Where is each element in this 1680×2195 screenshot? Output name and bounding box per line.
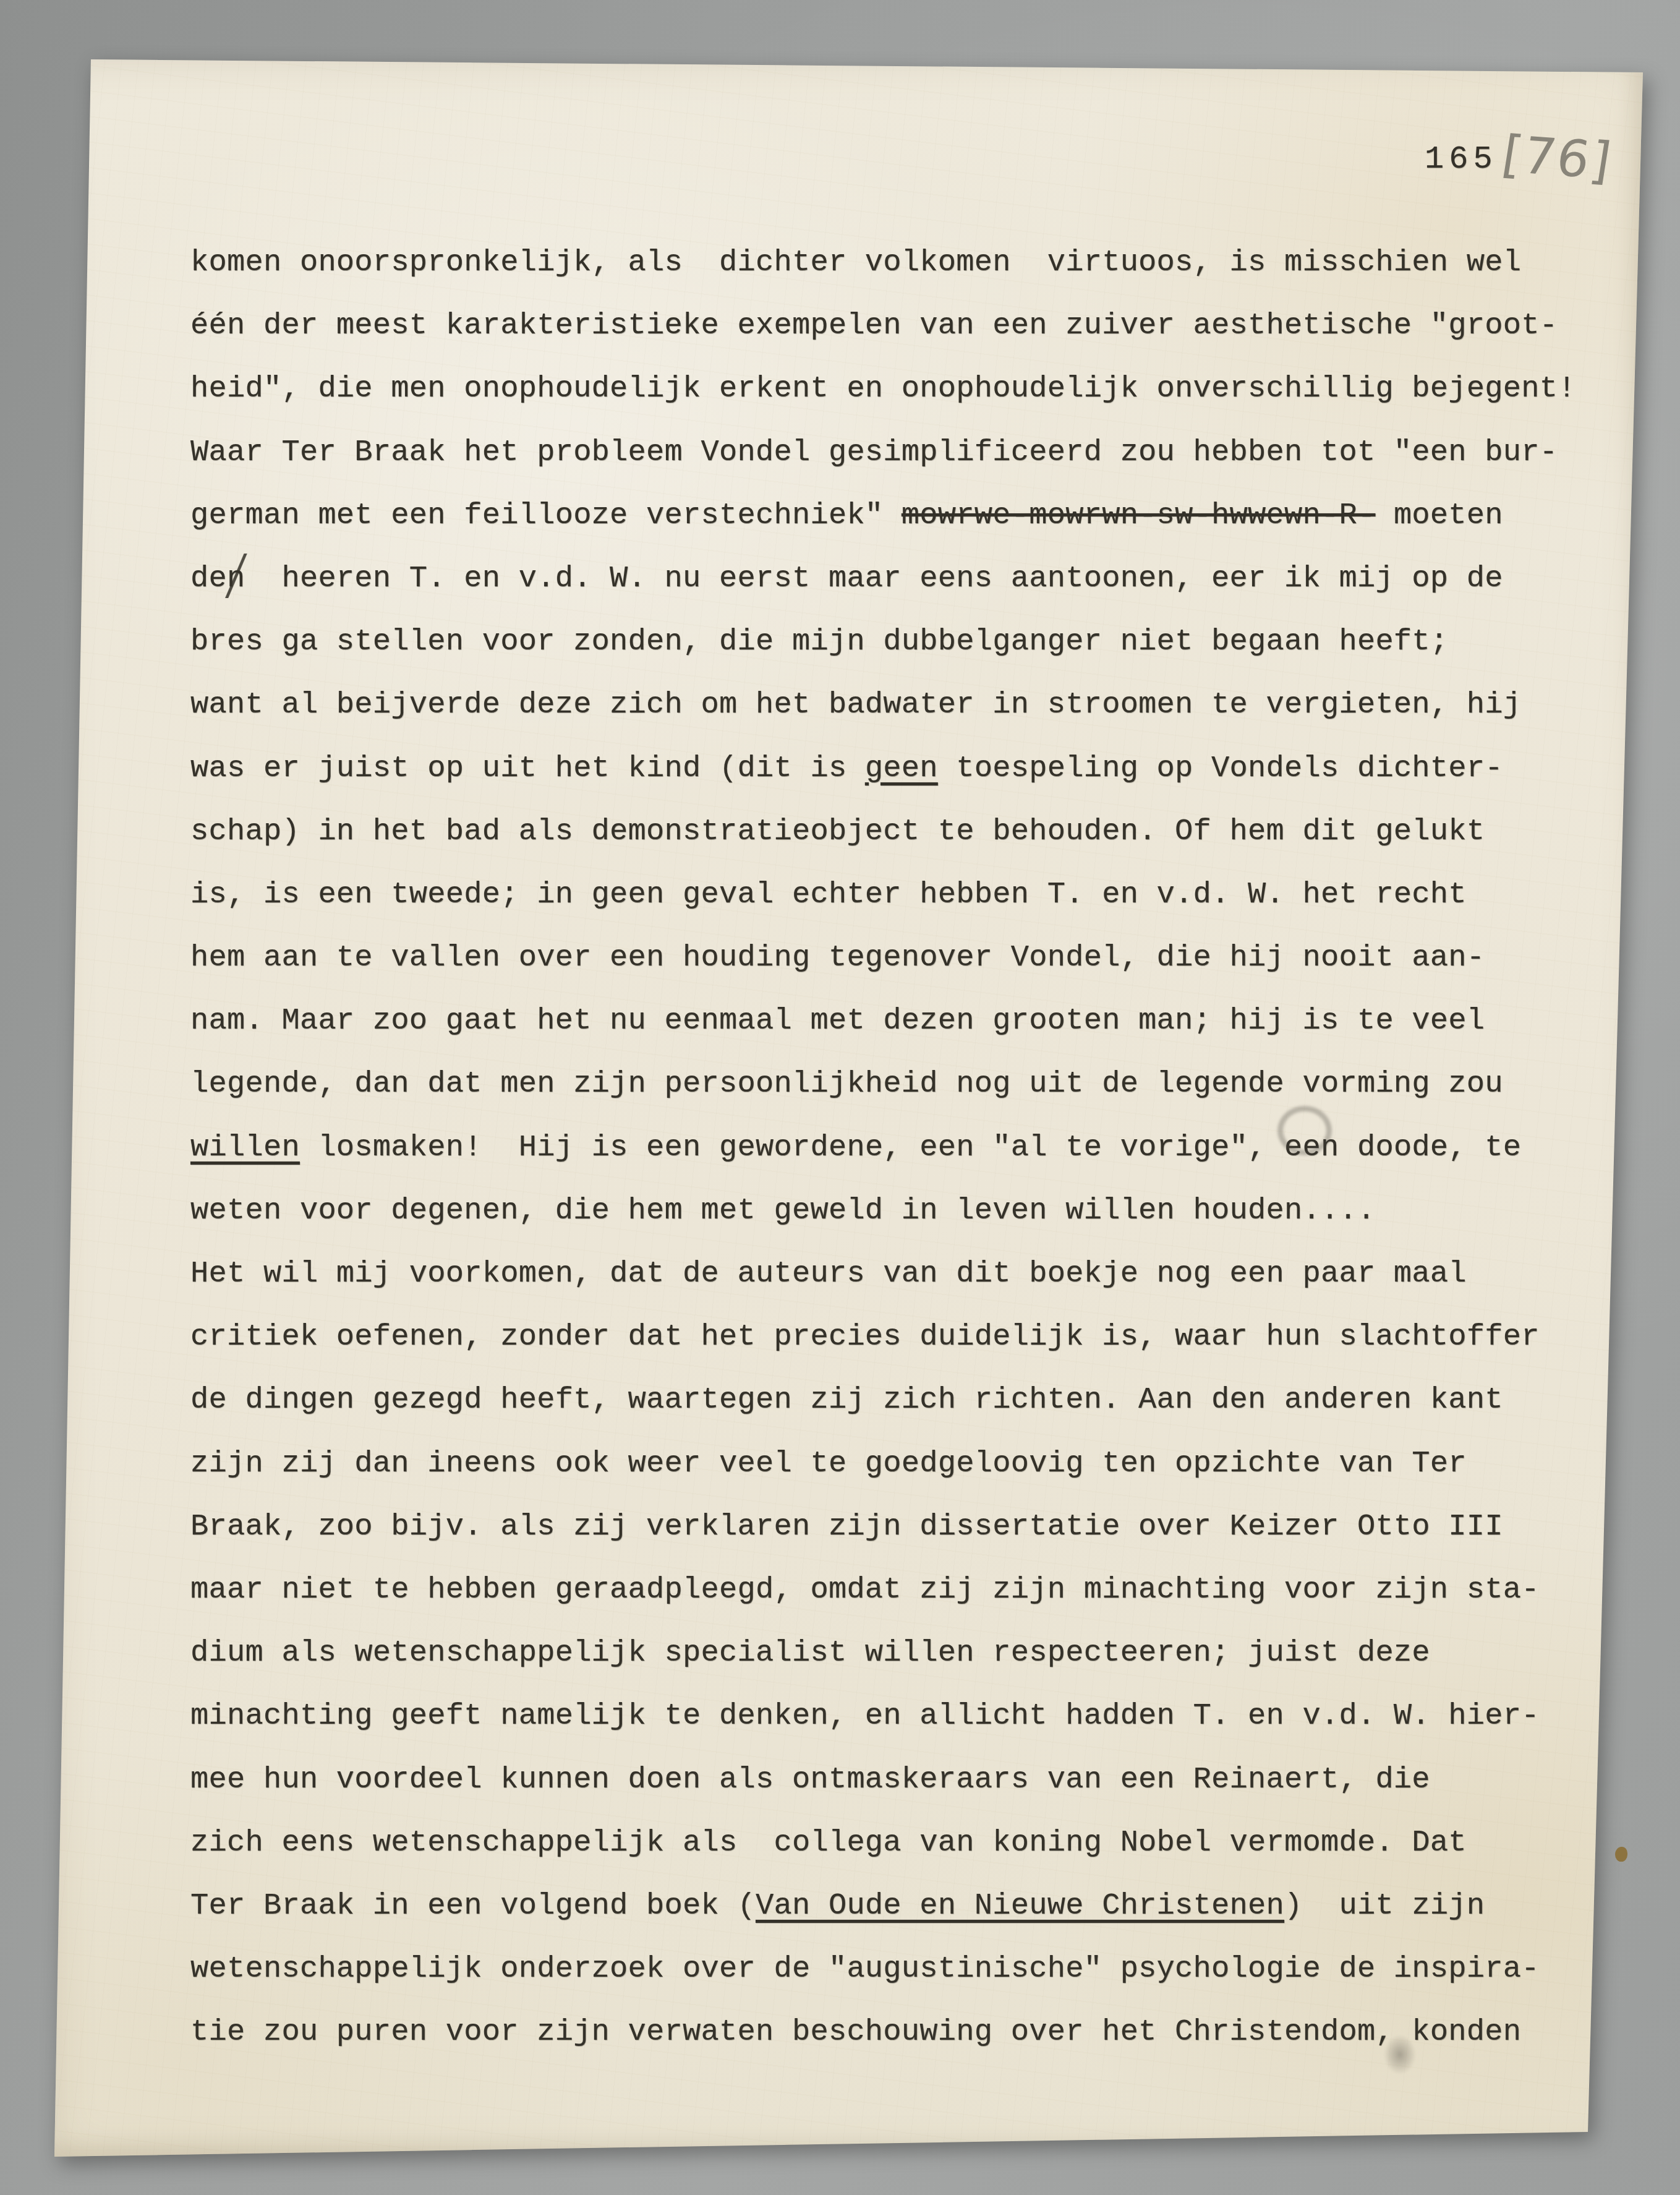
typewritten-line: nam. Maar zoo gaat het nu eenmaal met de…: [190, 1003, 1588, 1066]
page-number-typed: 165: [1425, 141, 1498, 178]
typewritten-line: bres ga stellen voor zonden, die mijn du…: [190, 624, 1588, 687]
typewritten-line: minachting geeft namelijk te denken, en …: [190, 1698, 1588, 1761]
typewritten-line: weten voor degenen, die hem met geweld i…: [190, 1193, 1588, 1256]
typewritten-line: was er juist op uit het kind (dit is gee…: [190, 751, 1588, 814]
typewritten-line: is, is een tweede; in geen geval echter …: [190, 877, 1588, 940]
typewritten-line: tie zou puren voor zijn verwaten beschou…: [190, 2014, 1588, 2077]
typewritten-line: legende, dan dat men zijn persoonlijkhei…: [190, 1066, 1588, 1129]
typewritten-line: heid", die men onophoudelijk erkent en o…: [190, 371, 1588, 434]
typewritten-line: Het wil mij voorkomen, dat de auteurs va…: [190, 1256, 1588, 1319]
typewritten-line: den heeren T. en v.d. W. nu eerst maar e…: [190, 561, 1588, 624]
typewritten-line: german met een feillooze verstechniek" m…: [190, 498, 1588, 561]
typewritten-line: mee hun voordeel kunnen doen als ontmask…: [190, 1762, 1588, 1825]
typewritten-line: de dingen gezegd heeft, waartegen zij zi…: [190, 1382, 1588, 1445]
typewritten-line: dium als wetenschappelijk specialist wil…: [190, 1635, 1588, 1698]
typewritten-line: Braak, zoo bijv. als zij verklaren zijn …: [190, 1509, 1588, 1572]
typewritten-line: willen losmaken! Hij is een gewordene, e…: [190, 1130, 1588, 1193]
typewritten-line: want al beijverde deze zich om het badwa…: [190, 687, 1588, 750]
typewritten-line: zich eens wetenschappelijk als collega v…: [190, 1825, 1588, 1888]
typewritten-line: critiek oefenen, zonder dat het precies …: [190, 1319, 1588, 1382]
typewritten-line: Waar Ter Braak het probleem Vondel gesim…: [190, 435, 1588, 498]
typewritten-line: schap) in het bad als demonstratieobject…: [190, 814, 1588, 877]
typewritten-text: komen onoorspronkelijk, als dichter volk…: [190, 245, 1588, 2077]
typewritten-line: Ter Braak in een volgend boek (Van Oude …: [190, 1888, 1588, 1951]
typewritten-line: wetenschappelijk onderzoek over de "augu…: [190, 1951, 1588, 2014]
page-number-pencil-annotation: [76]: [1498, 125, 1616, 190]
typewritten-line: één der meest karakteristieke exempelen …: [190, 308, 1588, 371]
typewritten-line: zijn zij dan ineens ook weer veel te goe…: [190, 1446, 1588, 1509]
typewritten-line: hem aan te vallen over een houding tegen…: [190, 940, 1588, 1003]
typewritten-line: komen onoorspronkelijk, als dichter volk…: [190, 245, 1588, 308]
typewritten-line: maar niet te hebben geraadpleegd, omdat …: [190, 1572, 1588, 1635]
